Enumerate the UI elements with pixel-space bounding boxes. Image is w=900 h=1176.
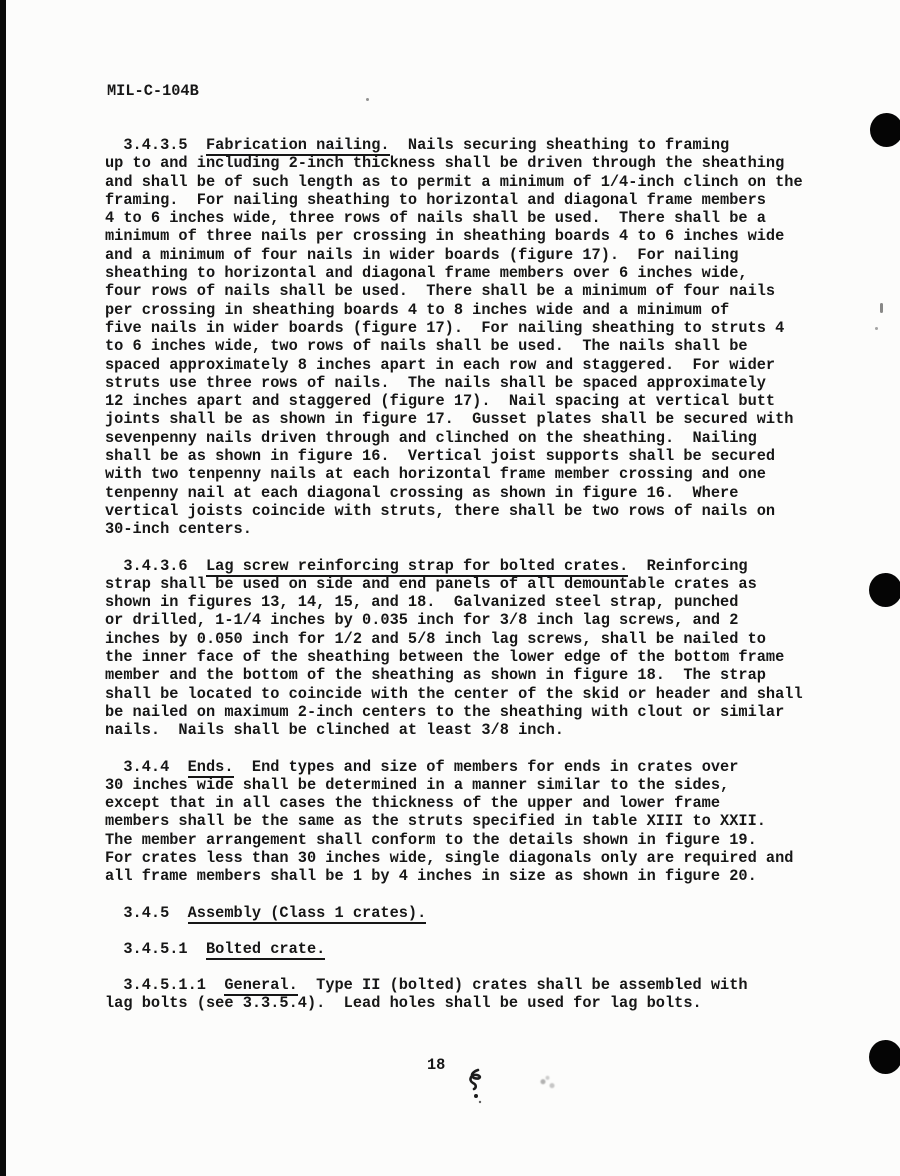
paragraph-number: 3.4.5.1.1 [105, 976, 224, 994]
scan-speck [875, 327, 878, 330]
paragraph-general: 3.4.5.1.1 General. Type II (bolted) crat… [105, 976, 825, 1013]
scan-speck [366, 98, 369, 101]
paragraph-title: Ends. [188, 758, 234, 778]
paragraph-fabrication-nailing: 3.4.3.5 Fabrication nailing. Nails secur… [105, 136, 825, 539]
paragraph-number: 3.4.3.6 [105, 557, 206, 575]
paragraph-text: End types and size of members for ends i… [105, 758, 793, 886]
page-number: 18 [427, 1056, 445, 1074]
binding-hole-dot [869, 1040, 900, 1074]
binding-hole-dot [870, 113, 900, 147]
scan-edge-artifact [0, 0, 6, 1176]
paragraph-title: Lag screw reinforcing strap for bolted c… [206, 557, 628, 577]
paragraph-title: Fabrication nailing. [206, 136, 390, 156]
paragraph-number: 3.4.3.5 [105, 136, 206, 154]
paragraph-ends: 3.4.4 Ends. End types and size of member… [105, 758, 825, 886]
paragraph-title: General. [224, 976, 297, 996]
binding-hole-dot [869, 573, 900, 607]
ink-smudge [531, 1070, 561, 1096]
paragraph-lag-screw-strap: 3.4.3.6 Lag screw reinforcing strap for … [105, 557, 825, 740]
document-body: 3.4.3.5 Fabrication nailing. Nails secur… [105, 136, 825, 1031]
paragraph-title: Bolted crate. [206, 940, 325, 960]
paragraph-text: Reinforcing strap shall be used on side … [105, 557, 803, 740]
paragraph-title: Assembly (Class 1 crates). [188, 904, 427, 924]
ink-smudge [464, 1066, 490, 1106]
paragraph-number: 3.4.4 [105, 758, 188, 776]
paragraph-text: Nails securing sheathing to framing up t… [105, 136, 803, 538]
paragraph-number: 3.4.5 [105, 904, 188, 922]
scan-speck [880, 303, 883, 313]
paragraph-assembly-class1: 3.4.5 Assembly (Class 1 crates). [105, 904, 825, 922]
paragraph-number: 3.4.5.1 [105, 940, 206, 958]
paragraph-bolted-crate: 3.4.5.1 Bolted crate. [105, 940, 825, 958]
document-id-header: MIL-C-104B [107, 82, 199, 100]
